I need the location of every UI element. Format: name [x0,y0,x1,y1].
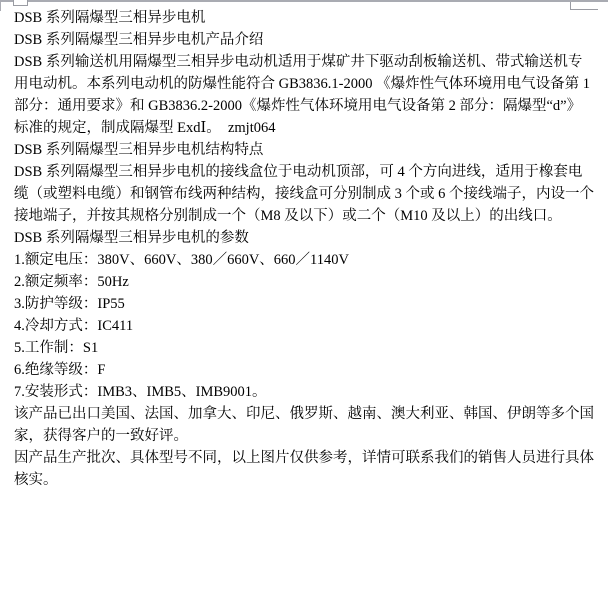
text-line: 7.安装形式：IMB3、IMB5、IMB9001。 [14,381,600,403]
text-line: DSB 系列隔爆型三相异步电机的参数 [14,227,600,249]
text-line: DSB 系列隔爆型三相异步电机 [14,7,600,29]
text-line: 家，获得客户的一致好评。 [14,425,600,447]
text-line: 用电动机。本系列电动机的防爆性能符合 GB3836.1-2000 《爆炸性气体环… [14,73,600,95]
text-line: DSB 系列隔爆型三相异步电机产品介绍 [14,29,600,51]
text-line: 2.额定频率：50Hz [14,271,600,293]
text-line: 缆（或塑料电缆）和钢管布线两种结构，接线盒可分别制成 3 个或 6 个接线端子，… [14,183,600,205]
text-line: 核实。 [14,469,600,491]
document-body: DSB 系列隔爆型三相异步电机DSB 系列隔爆型三相异步电机产品介绍DSB 系列… [14,7,600,491]
page-left-edge-mark [0,0,1,11]
text-line: 5.工作制：S1 [14,337,600,359]
text-line: 1.额定电压：380V、660V、380／660V、660／1140V [14,249,600,271]
page-corner-notch-left [13,0,28,6]
text-line: 接地端子，并按其规格分别制成一个（M8 及以下）或二个（M10 及以上）的出线口… [14,205,600,227]
page-top-boundary-line [0,0,608,2]
text-line: 标准的规定，制成隔爆型 ExdⅠ。 zmjt064 [14,117,600,139]
text-line: 部分：通用要求》和 GB3836.2-2000《爆炸性气体环境用电气设备第 2 … [14,95,600,117]
text-line: 4.冷却方式：IC411 [14,315,600,337]
text-line: DSB 系列输送机用隔爆型三相异步电动机适用于煤矿井下驱动刮板输送机、带式输送机… [14,51,600,73]
text-line: 该产品已出口美国、法国、加拿大、印尼、俄罗斯、越南、澳大利亚、韩国、伊朗等多个国 [14,403,600,425]
text-line: DSB 系列隔爆型三相异步电机的接线盒位于电动机顶部，可 4 个方向进线，适用于… [14,161,600,183]
text-line: 3.防护等级：IP55 [14,293,600,315]
text-line: 6.绝缘等级：F [14,359,600,381]
text-line: DSB 系列隔爆型三相异步电机结构特点 [14,139,600,161]
text-line: 因产品生产批次、具体型号不同，以上图片仅供参考，详情可联系我们的销售人员进行具体 [14,447,600,469]
